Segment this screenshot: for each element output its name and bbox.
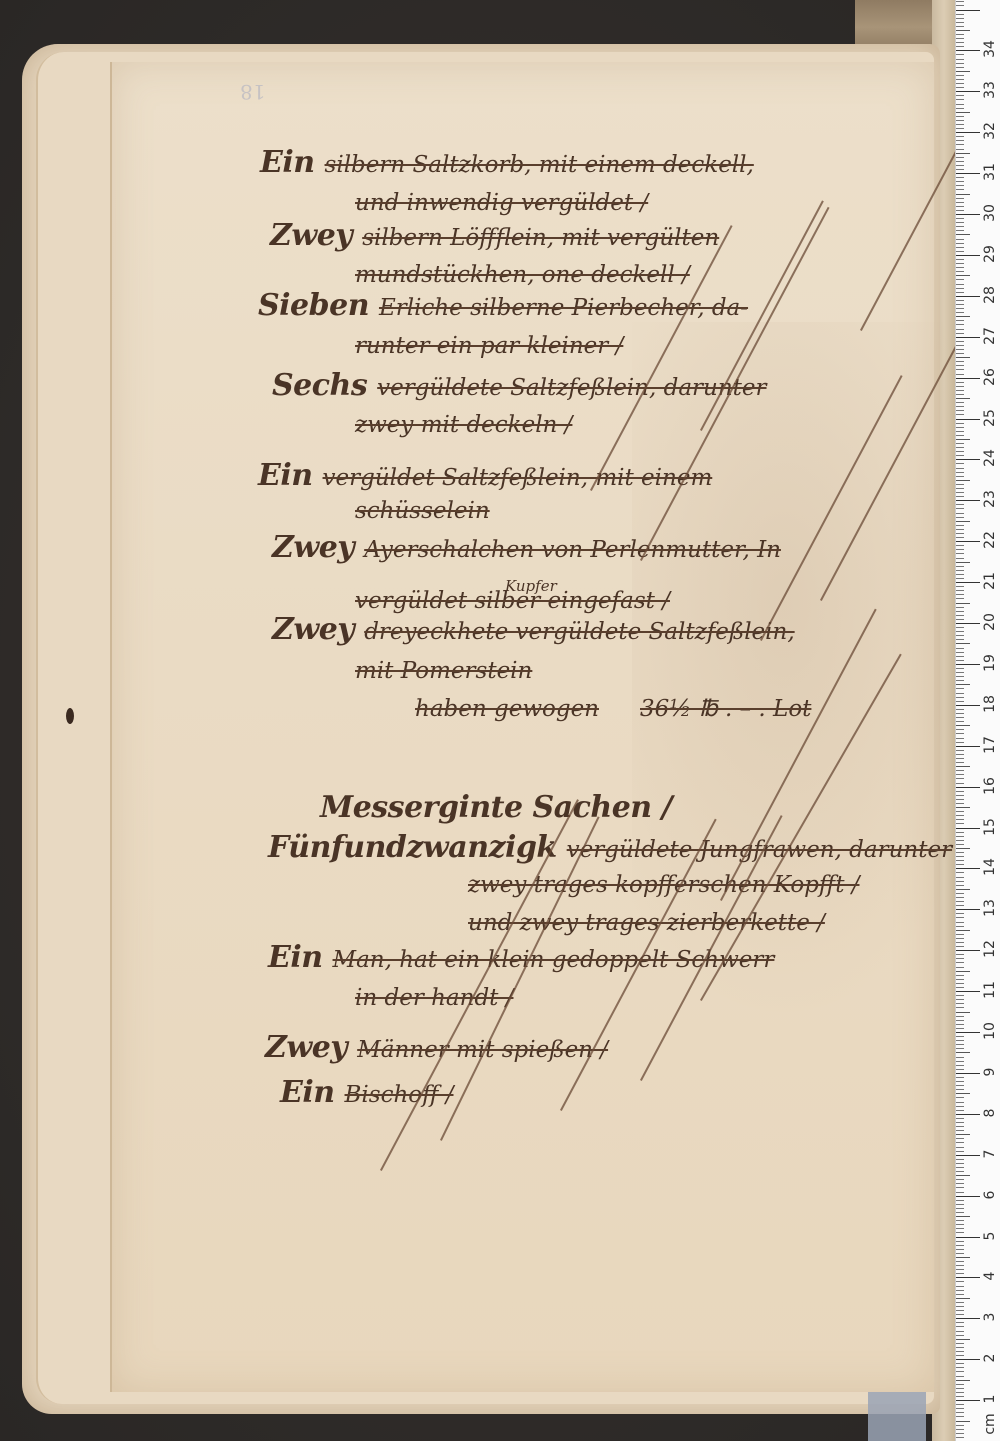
ruler-tick xyxy=(956,905,964,906)
line-text: Bischoff / xyxy=(345,1082,454,1108)
line-text: dreyeckhete vergüldete Saltzfeßlein, xyxy=(364,619,794,645)
ruler-tick xyxy=(956,513,964,514)
ruler-label: 1 xyxy=(982,1387,998,1411)
ruler-tick xyxy=(956,455,964,456)
ruler-tick xyxy=(956,10,980,11)
manuscript-line: Fünfundzwanzigk vergüldete Jungfrawen, d… xyxy=(268,830,952,865)
folio-number: 18 xyxy=(240,80,265,104)
ruler-tick xyxy=(956,889,970,890)
ruler-tick xyxy=(956,807,970,808)
ruler-tick xyxy=(956,635,964,636)
ruler-tick xyxy=(956,194,970,195)
ruler-tick xyxy=(956,533,964,534)
ruler-tick xyxy=(956,545,964,546)
line-lead-word: Sechs xyxy=(272,368,377,403)
manuscript-line: haben gewogen xyxy=(415,696,599,722)
ruler-tick xyxy=(956,234,970,235)
line-lead-word: Zwey xyxy=(272,530,364,565)
line-lead-word: Zwey xyxy=(270,218,362,253)
manuscript-line: Sechs vergüldete Saltzfeßlein, darunter xyxy=(272,368,767,403)
ruler-tick xyxy=(956,549,964,550)
ruler-tick xyxy=(956,1322,964,1323)
ruler-tick xyxy=(956,54,964,55)
ruler-tick xyxy=(956,946,964,947)
ruler-tick xyxy=(956,1253,964,1254)
ruler-tick xyxy=(956,1355,964,1356)
ruler-tick xyxy=(956,386,964,387)
ruler-tick xyxy=(956,394,964,395)
ruler-tick xyxy=(956,382,964,383)
ruler-tick xyxy=(956,1012,970,1013)
ruler-tick xyxy=(956,177,964,178)
ruler-tick xyxy=(956,157,964,158)
line-lead-word: Fünfundzwanzigk xyxy=(268,830,567,865)
ruler-tick xyxy=(956,431,964,432)
ruler-tick xyxy=(956,1384,964,1385)
ruler-tick xyxy=(956,169,964,170)
ruler-tick xyxy=(956,284,964,285)
ruler-tick xyxy=(956,721,964,722)
ruler-tick xyxy=(956,1290,964,1291)
ruler-tick xyxy=(956,230,964,231)
ruler-tick xyxy=(956,1306,964,1307)
ruler-tick xyxy=(956,476,964,477)
ruler-tick xyxy=(956,832,964,833)
ruler-tick xyxy=(956,1024,964,1025)
ruler-tick xyxy=(956,1245,964,1246)
manuscript-line: Sieben Erliche silberne Pierbecher, da- xyxy=(258,288,748,323)
ruler-unit-label: cm xyxy=(982,1412,998,1436)
ruler-tick xyxy=(956,872,964,873)
ruler-tick xyxy=(956,279,964,280)
ruler-tick xyxy=(956,1318,980,1319)
ruler-tick xyxy=(956,1421,970,1422)
ruler-tick xyxy=(956,22,964,23)
ruler-tick xyxy=(956,799,964,800)
ruler-tick xyxy=(956,1142,964,1143)
ruler-tick xyxy=(956,316,970,317)
ruler-tick xyxy=(956,333,964,334)
ruler-tick xyxy=(956,104,964,105)
manuscript-line: mundstückhen, one deckell / xyxy=(355,262,690,288)
line-lead-word: Sieben xyxy=(258,288,379,323)
ruler-tick xyxy=(956,181,964,182)
ruler-label: 33 xyxy=(982,78,998,102)
ruler-tick xyxy=(956,803,964,804)
ruler-tick xyxy=(956,459,980,460)
ruler-tick xyxy=(956,189,964,190)
ruler-tick xyxy=(956,67,964,68)
ruler-label: 7 xyxy=(982,1142,998,1166)
ruler-label: 11 xyxy=(982,978,998,1002)
ruler-tick xyxy=(956,1089,964,1090)
ruler-tick xyxy=(956,496,964,497)
ruler-tick xyxy=(956,140,964,141)
ruler-tick xyxy=(956,1057,964,1058)
ruler-tick xyxy=(956,308,964,309)
ruler-tick xyxy=(956,1155,980,1156)
ruler-tick xyxy=(956,742,964,743)
line-lead-word: Ein xyxy=(268,940,333,975)
ruler-tick xyxy=(956,71,970,72)
manuscript-line: und zwey trages zierberkette / xyxy=(468,910,825,936)
ruler-tick xyxy=(956,263,964,264)
ruler-tick xyxy=(956,778,964,779)
ruler-label: 10 xyxy=(982,1019,998,1043)
ruler-tick xyxy=(956,574,964,575)
ruler-tick xyxy=(956,684,970,685)
ruler-label: 6 xyxy=(982,1183,998,1207)
ruler-tick xyxy=(956,95,964,96)
paper-tab xyxy=(868,1392,926,1441)
ruler-tick xyxy=(956,926,964,927)
ruler-tick xyxy=(956,852,964,853)
ruler-tick xyxy=(956,995,964,996)
ruler-tick xyxy=(956,136,964,137)
ruler-tick xyxy=(956,1052,970,1053)
ruler-tick xyxy=(956,87,964,88)
ruler-label: 32 xyxy=(982,119,998,143)
line-lead-word: Zwey xyxy=(272,612,364,647)
ruler-tick xyxy=(956,128,964,129)
ruler-tick xyxy=(956,1208,964,1209)
ruler-tick xyxy=(956,615,964,616)
ruler-tick xyxy=(956,897,964,898)
ruler-tick xyxy=(956,856,964,857)
ruler-label: 23 xyxy=(982,487,998,511)
ruler-tick xyxy=(956,598,964,599)
ruler-tick xyxy=(956,1077,964,1078)
ruler-tick xyxy=(956,1040,964,1041)
ruler-tick xyxy=(956,958,964,959)
line-text: vergüldete Saltzfeßlein, darunter xyxy=(377,375,766,401)
ruler-tick xyxy=(956,643,970,644)
ruler-tick xyxy=(956,296,980,297)
ruler-tick xyxy=(956,713,964,714)
measurement-ruler: cm 1234567891011121314151617181920212223… xyxy=(955,0,1000,1441)
ruler-tick xyxy=(956,631,964,632)
ruler-tick xyxy=(956,738,964,739)
ruler-tick xyxy=(956,868,980,869)
ruler-label: 15 xyxy=(982,815,998,839)
ruler-tick xyxy=(956,18,964,19)
ruler-tick xyxy=(956,594,964,595)
ruler-tick xyxy=(956,472,964,473)
ruler-tick xyxy=(956,353,964,354)
ruler-tick xyxy=(956,75,964,76)
ruler-tick xyxy=(956,729,964,730)
line-text: runter ein par kleiner / xyxy=(355,333,623,359)
ruler-tick xyxy=(956,144,964,145)
ruler-tick xyxy=(956,1130,964,1131)
ruler-tick xyxy=(956,562,970,563)
ruler-tick xyxy=(956,1085,964,1086)
ruler-tick xyxy=(956,173,980,174)
ruler-tick xyxy=(956,185,964,186)
manuscript-line: vergüldet silber eingefast / xyxy=(355,588,670,614)
ruler-tick xyxy=(956,1179,964,1180)
ruler-tick xyxy=(956,619,964,620)
ruler-tick xyxy=(956,582,980,583)
ruler-tick xyxy=(956,1286,964,1287)
ruler-tick xyxy=(956,1224,964,1225)
ruler-tick xyxy=(956,766,970,767)
ruler-tick xyxy=(956,165,964,166)
line-text: zwey mit deckeln / xyxy=(355,412,572,438)
ruler-tick xyxy=(956,1106,964,1107)
line-text: mit Pomerstein xyxy=(355,658,532,684)
ruler-tick xyxy=(956,1097,964,1098)
ruler-tick xyxy=(956,419,980,420)
ruler-tick xyxy=(956,774,964,775)
ruler-tick xyxy=(956,811,964,812)
ruler-tick xyxy=(956,709,964,710)
ruler-label: 5 xyxy=(982,1224,998,1248)
ruler-tick xyxy=(956,1302,964,1303)
ruler-tick xyxy=(956,300,964,301)
ruler-tick xyxy=(956,909,980,910)
ruler-tick xyxy=(956,202,964,203)
ruler-tick xyxy=(956,198,964,199)
section-heading: Messerginte Sachen / xyxy=(320,790,672,825)
ruler-tick xyxy=(956,329,964,330)
ruler-tick xyxy=(956,1363,964,1364)
ruler-tick xyxy=(956,1396,964,1397)
ruler-tick xyxy=(956,255,980,256)
ruler-label: 20 xyxy=(982,610,998,634)
ruler-tick xyxy=(956,1351,964,1352)
ruler-tick xyxy=(956,1273,964,1274)
ruler-tick xyxy=(956,611,964,612)
ruler-tick xyxy=(956,1167,964,1168)
ruler-tick xyxy=(956,664,980,665)
line-text: vergüldet Saltzfeßlein, mit einem xyxy=(323,465,713,491)
ruler-tick xyxy=(956,320,964,321)
ruler-tick xyxy=(956,991,980,992)
ruler-tick xyxy=(956,1257,970,1258)
ruler-tick xyxy=(956,975,964,976)
manuscript-line: Zwey Ayerschalchen von Perlenmutter, In xyxy=(272,530,781,565)
ruler-tick xyxy=(956,787,980,788)
ruler-tick xyxy=(956,1220,964,1221)
ruler-tick xyxy=(956,42,964,43)
ruler-tick xyxy=(956,1061,964,1062)
ruler-tick xyxy=(956,1310,964,1311)
ruler-tick xyxy=(956,566,964,567)
ruler-tick xyxy=(956,1237,980,1238)
ruler-tick xyxy=(956,1187,964,1188)
ruler-tick xyxy=(956,1200,964,1201)
ruler-tick xyxy=(956,627,964,628)
ruler-tick xyxy=(956,1277,980,1278)
ruler-tick xyxy=(956,210,964,211)
ruler-tick xyxy=(956,153,970,154)
ruler-tick xyxy=(956,369,964,370)
ruler-tick xyxy=(956,1126,964,1127)
ruler-tick xyxy=(956,881,964,882)
ruler-tick xyxy=(956,1433,964,1434)
ruler-label: 24 xyxy=(982,446,998,470)
ruler-tick xyxy=(956,1367,964,1368)
ruler-label: 19 xyxy=(982,651,998,675)
ruler-label: 28 xyxy=(982,283,998,307)
ruler-tick xyxy=(956,823,964,824)
ruler-tick xyxy=(956,1347,964,1348)
ruler-tick xyxy=(956,648,964,649)
manuscript-line: Ein silbern Saltzkorb, mit einem deckell… xyxy=(260,145,754,180)
line-text: Ayerschalchen von Perlenmutter, In xyxy=(364,537,781,563)
ruler-tick xyxy=(956,1335,964,1336)
ruler-tick xyxy=(956,120,964,121)
ruler-tick xyxy=(956,541,980,542)
ruler-tick xyxy=(956,1437,964,1438)
ruler-tick xyxy=(956,979,964,980)
ruler-tick xyxy=(956,239,964,240)
ruler-tick xyxy=(956,275,970,276)
ruler-tick xyxy=(956,1216,970,1217)
ruler-tick xyxy=(956,553,964,554)
ruler-tick xyxy=(956,91,980,92)
ruler-tick xyxy=(956,607,964,608)
ruler-tick xyxy=(956,828,980,829)
ruler-tick xyxy=(956,1183,964,1184)
ruler-tick xyxy=(956,324,964,325)
ruler-label: 2 xyxy=(982,1346,998,1370)
ruler-tick xyxy=(956,1016,964,1017)
ruler-label: 21 xyxy=(982,569,998,593)
ruler-tick xyxy=(956,116,964,117)
ruler-tick xyxy=(956,304,964,305)
ruler-tick xyxy=(956,844,964,845)
ruler-tick xyxy=(956,668,964,669)
ruler-tick xyxy=(956,537,964,538)
ruler-tick xyxy=(956,901,964,902)
ruler-tick xyxy=(956,1339,970,1340)
manuscript-line: schüsselein xyxy=(355,498,490,524)
line-text: und zwey trages zierberkette / xyxy=(468,910,825,936)
ruler-tick xyxy=(956,701,964,702)
ruler-tick xyxy=(956,488,964,489)
ruler-label: 30 xyxy=(982,201,998,225)
manuscript-line: zwey mit deckeln / xyxy=(355,412,572,438)
ruler-tick xyxy=(956,877,964,878)
line-text: silbern Saltzkorb, mit einem deckell, xyxy=(325,152,754,178)
ruler-tick xyxy=(956,639,964,640)
ruler-tick xyxy=(956,443,964,444)
ruler-tick xyxy=(956,1032,980,1033)
ruler-tick xyxy=(956,1044,964,1045)
ruler-tick xyxy=(956,1228,964,1229)
ruler-tick xyxy=(956,410,964,411)
ruler-tick xyxy=(956,1171,964,1172)
ruler-tick xyxy=(956,312,964,313)
ruler-tick xyxy=(956,558,964,559)
ruler-tick xyxy=(956,439,970,440)
ruler-tick xyxy=(956,30,970,31)
ruler-tick xyxy=(956,705,980,706)
ruler-tick xyxy=(956,435,964,436)
ruler-label: 29 xyxy=(982,242,998,266)
ruler-tick xyxy=(956,1073,980,1074)
line-lead-word: Ein xyxy=(280,1075,345,1110)
ruler-tick xyxy=(956,517,964,518)
ruler-tick xyxy=(956,161,964,162)
ruler-tick xyxy=(956,733,964,734)
ruler-tick xyxy=(956,623,980,624)
ruler-tick xyxy=(956,578,964,579)
line-text: schüsselein xyxy=(355,498,490,524)
ruler-tick xyxy=(956,660,964,661)
ruler-tick xyxy=(956,815,964,816)
ruler-tick xyxy=(956,521,970,522)
ruler-tick xyxy=(956,463,964,464)
ruler-tick xyxy=(956,46,964,47)
ruler-tick xyxy=(956,930,970,931)
ruler-tick xyxy=(956,1412,964,1413)
ruler-label: 22 xyxy=(982,528,998,552)
line-text: silbern Löffflein, mit vergülten xyxy=(362,225,719,251)
ruler-label: 18 xyxy=(982,692,998,716)
ruler-tick xyxy=(956,885,964,886)
ruler-tick xyxy=(956,917,964,918)
ruler-tick xyxy=(956,1429,964,1430)
ruler-tick xyxy=(956,725,970,726)
ruler-tick xyxy=(956,1376,964,1377)
ruler-tick xyxy=(956,1281,964,1282)
ruler-tick xyxy=(956,1159,964,1160)
ruler-tick xyxy=(956,1122,964,1123)
ruler-tick xyxy=(956,79,964,80)
ruler-tick xyxy=(956,971,970,972)
ruler-tick xyxy=(956,1241,964,1242)
ruler-tick xyxy=(956,1020,964,1021)
ruler-tick xyxy=(956,243,964,244)
manuscript-line: und inwendig vergüldet / xyxy=(355,190,648,216)
ruler-tick xyxy=(956,1003,964,1004)
ruler-tick xyxy=(956,680,964,681)
ruler-tick xyxy=(956,357,970,358)
ruler-label: 16 xyxy=(982,774,998,798)
ruler-tick xyxy=(956,603,970,604)
ruler-tick xyxy=(956,1048,964,1049)
ruler-tick xyxy=(956,1036,964,1037)
ruler-tick xyxy=(956,840,964,841)
ruler-tick xyxy=(956,697,964,698)
ruler-tick xyxy=(956,124,964,125)
manuscript-line: in der handt / xyxy=(355,985,513,1011)
ruler-label: 13 xyxy=(982,896,998,920)
ruler-tick xyxy=(956,1069,964,1070)
ruler-tick xyxy=(956,402,964,403)
manuscript-line: Ein vergüldet Saltzfeßlein, mit einem xyxy=(258,458,712,493)
ruler-tick xyxy=(956,398,970,399)
line-text: haben gewogen xyxy=(415,696,599,722)
ruler-tick xyxy=(956,218,964,219)
ruler-tick xyxy=(956,999,964,1000)
line-lead-word: Ein xyxy=(260,145,325,180)
line-text: in der handt / xyxy=(355,985,513,1011)
ruler-tick xyxy=(956,860,964,861)
ruler-tick xyxy=(956,1371,964,1372)
ruler-tick xyxy=(956,783,964,784)
ruler-label: 3 xyxy=(982,1305,998,1329)
ruler-tick xyxy=(956,934,964,935)
ruler-label: 25 xyxy=(982,406,998,430)
ruler-tick xyxy=(956,688,964,689)
ruler-tick xyxy=(956,83,964,84)
ruler-tick xyxy=(956,913,964,914)
ruler-tick xyxy=(956,1007,964,1008)
